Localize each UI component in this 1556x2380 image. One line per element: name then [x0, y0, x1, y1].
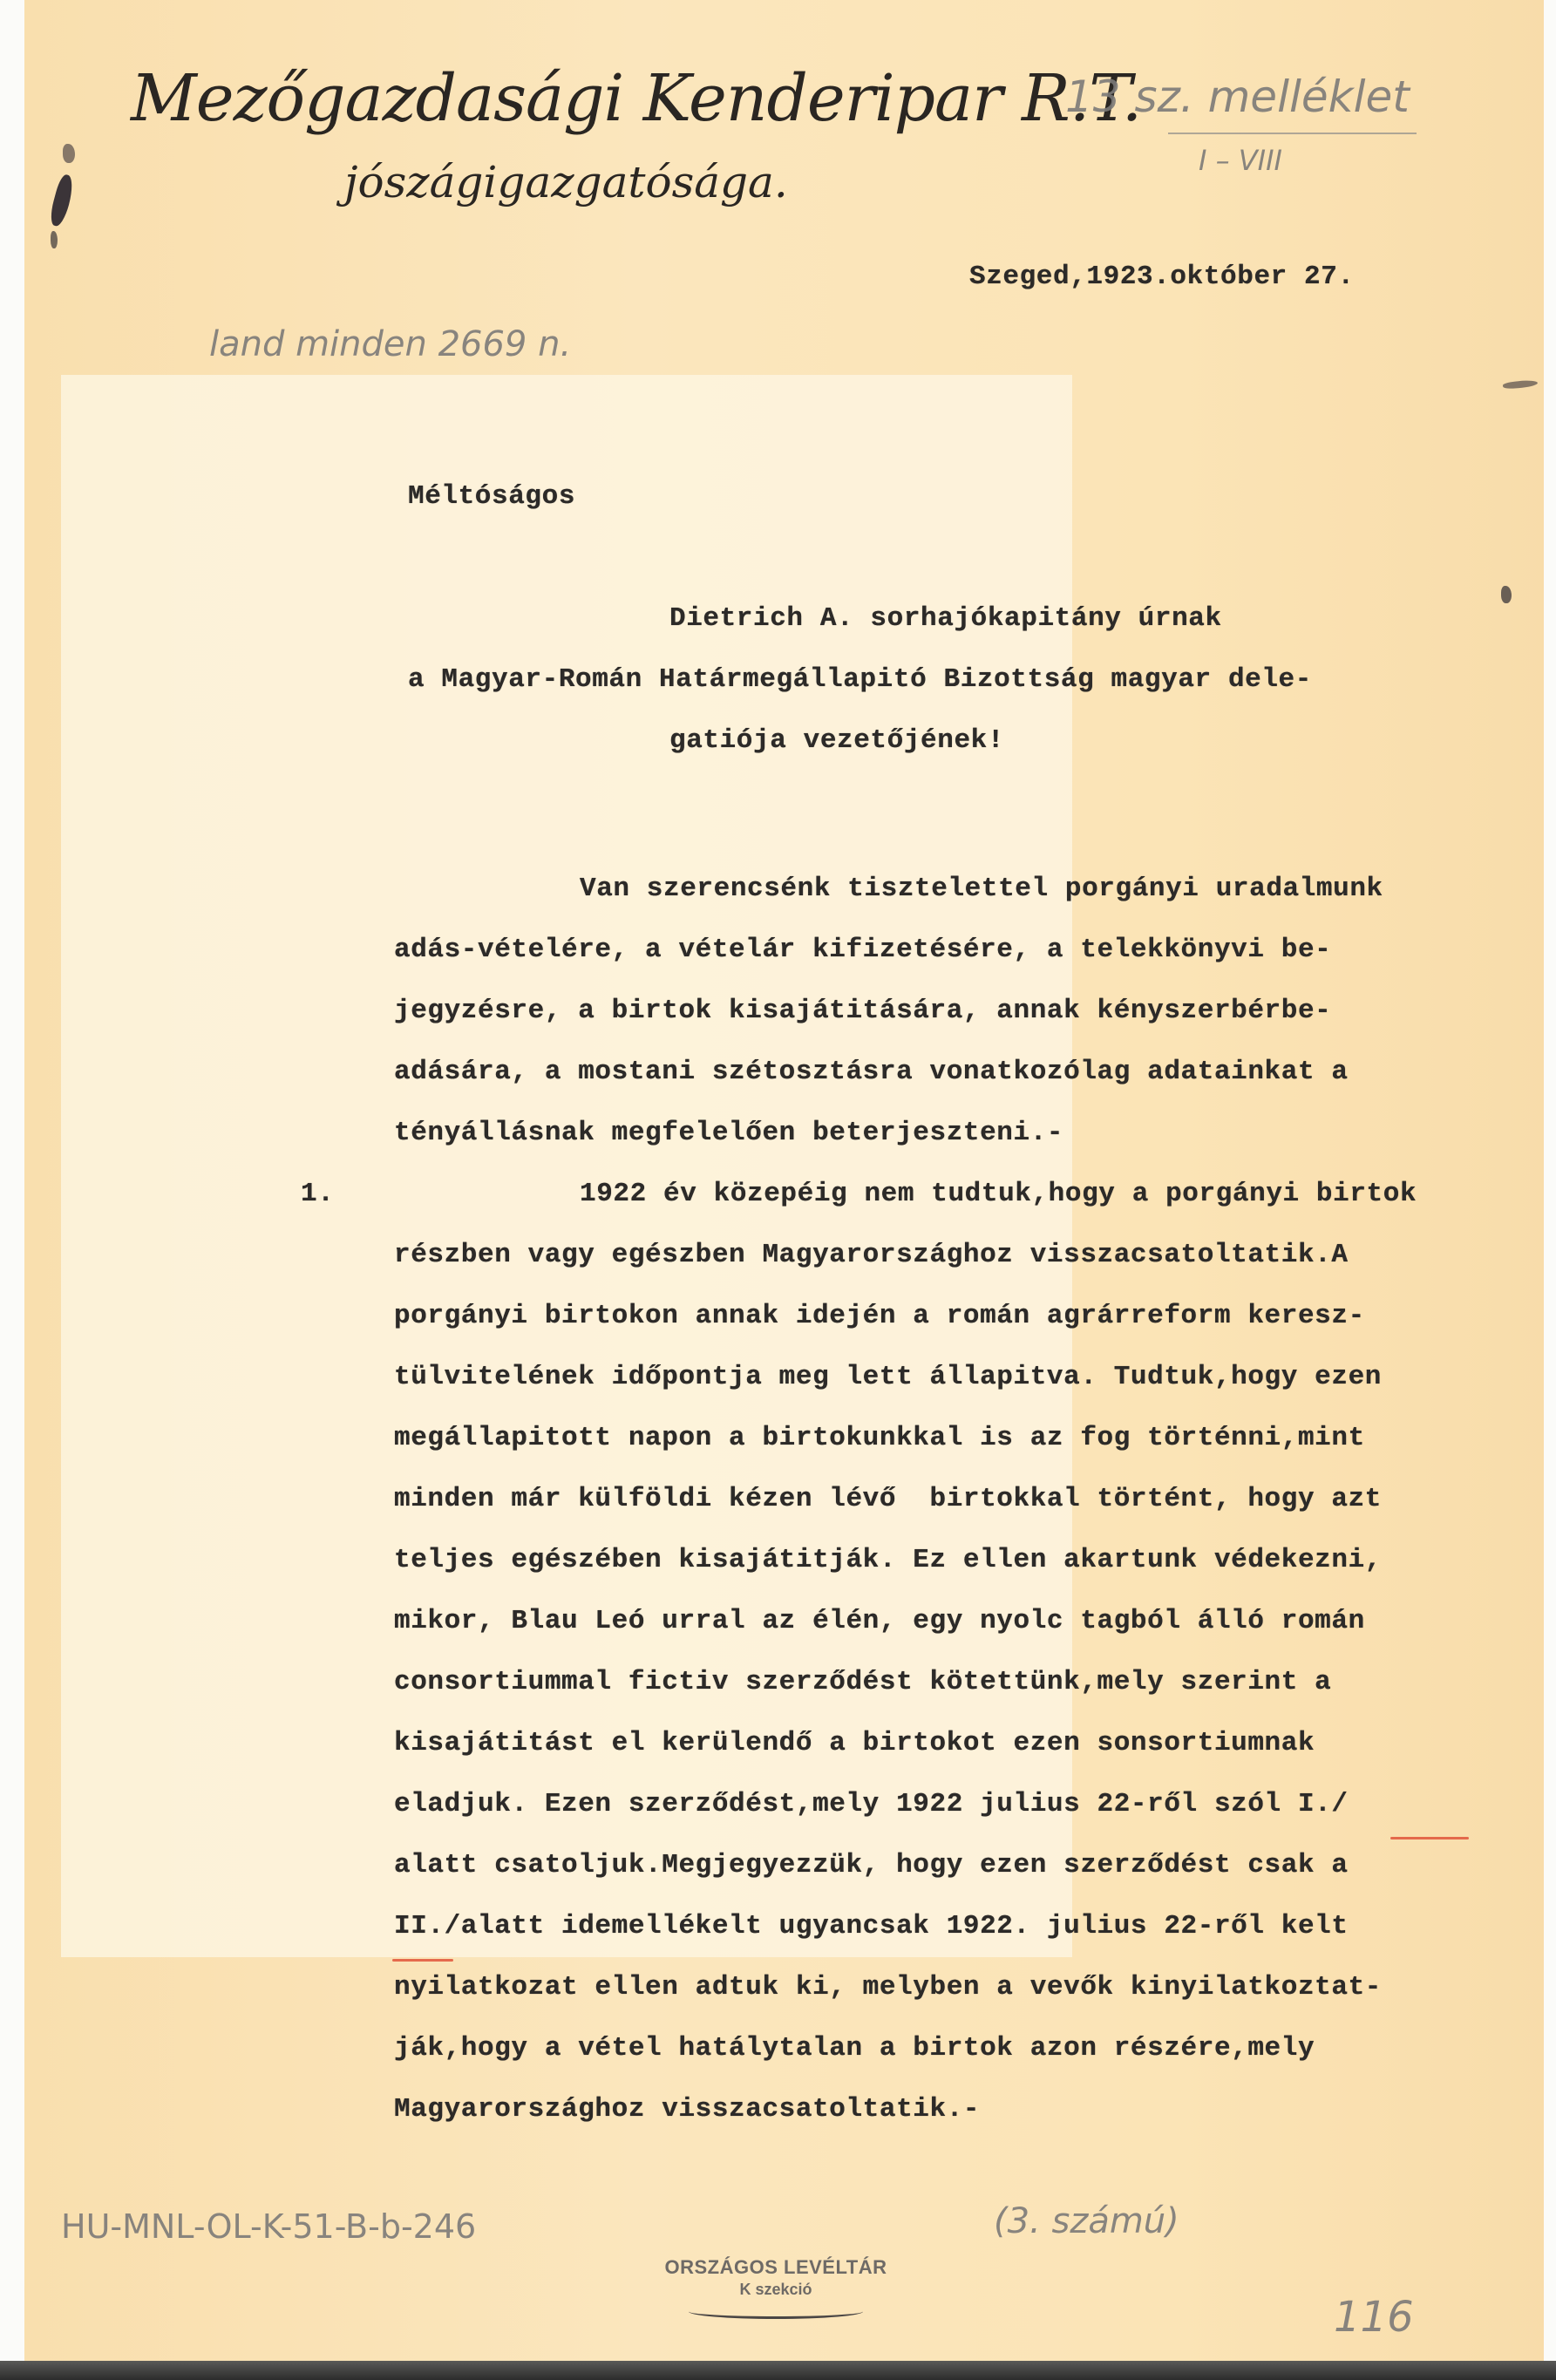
red-underline-attachment-II [392, 1959, 453, 1962]
body-line: ják,hogy a vétel hatálytalan a birtok az… [394, 2033, 1315, 2064]
body-line: teljes egészében kisajátitják. Ez ellen … [394, 1545, 1382, 1575]
body-line: mikor, Blau Leó urral az élén, egy nyolc… [394, 1606, 1365, 1636]
body-line: tényállásnak megfelelően beterjeszteni.- [394, 1118, 1063, 1148]
body-line: Van szerencsénk tisztelettel porgányi ur… [580, 874, 1383, 904]
body-line: kisajátitást el kerülendő a birtokot eze… [394, 1728, 1315, 1758]
body-line: II./alatt idemellékelt ugyancsak 1922. j… [394, 1911, 1349, 1941]
body-line: nyilatkozat ellen adtuk ki, melyben a ve… [394, 1972, 1382, 2003]
pencil-note: land minden 2669 n. [209, 324, 571, 364]
date-line: Szeged,1923.október 27. [969, 262, 1355, 292]
stamp-arc [689, 2304, 863, 2319]
addressee-line-2: a Magyar-Román Határmegállapitó Bizottsá… [408, 664, 1312, 695]
page-number: 116 [1334, 2293, 1414, 2342]
page-edge [1544, 0, 1556, 2361]
body-line: megállapitott napon a birtokunkkal is az… [394, 1423, 1365, 1453]
body-line: adás-vételére, a vételár kifizetésére, a… [394, 935, 1331, 965]
archive-stamp: ORSZÁGOS LEVÉLTÁR K szekció [645, 2256, 907, 2319]
ink-stain [1501, 586, 1512, 603]
stamp-line-2: K szekció [645, 2281, 907, 2299]
ink-stain [63, 144, 75, 163]
salutation: Méltóságos [408, 481, 575, 512]
body-line: tülvitelének időpontja meg lett állapitv… [394, 1362, 1382, 1392]
body-line: Magyarországhoz visszacsatoltatik.- [394, 2094, 980, 2125]
red-underline-attachment-I [1390, 1837, 1469, 1839]
attachment-note: 13 sz. melléklet [1065, 71, 1410, 122]
body-line: eladjuk. Ezen szerződést,mely 1922 juliu… [394, 1789, 1349, 1819]
body-line: consortiummal fictiv szerződést kötettün… [394, 1667, 1331, 1697]
body-line: jegyzésre, a birtok kisajátitására, anna… [394, 996, 1331, 1026]
body-line: porgányi birtokon annak idején a román a… [394, 1301, 1365, 1331]
attachment-underline [1168, 133, 1417, 134]
addressee-line-1: Dietrich A. sorhajókapitány úrnak [669, 603, 1222, 634]
stamp-line-1: ORSZÁGOS LEVÉLTÁR [645, 2256, 907, 2279]
letterhead-department: jószágigazgatósága. [344, 157, 788, 207]
archive-reference: HU-MNL-OL-K-51-B-b-246 [61, 2207, 476, 2246]
body-line: adására, a mostani szétosztásra vonatkoz… [394, 1057, 1349, 1087]
addressee-line-3: gatiója vezetőjének! [669, 725, 1004, 756]
section-number: 1. [301, 1179, 334, 1209]
scan-bottom-edge [0, 2361, 1556, 2380]
letterhead-company: Mezőgazdasági Kenderipar R.T. [131, 61, 1141, 136]
body-line: 1922 év közepéig nem tudtuk,hogy a porgá… [580, 1179, 1417, 1209]
bracket-note: (3. számú) [994, 2201, 1179, 2241]
body-line: minden már külföldi kézen lévő birtokkal… [394, 1484, 1382, 1514]
attachment-range: I – VIII [1199, 144, 1282, 177]
ink-stain [51, 231, 58, 248]
body-line: részben vagy egészben Magyarországhoz vi… [394, 1240, 1349, 1270]
body-line: alatt csatoljuk.Megjegyezzük, hogy ezen … [394, 1850, 1349, 1880]
